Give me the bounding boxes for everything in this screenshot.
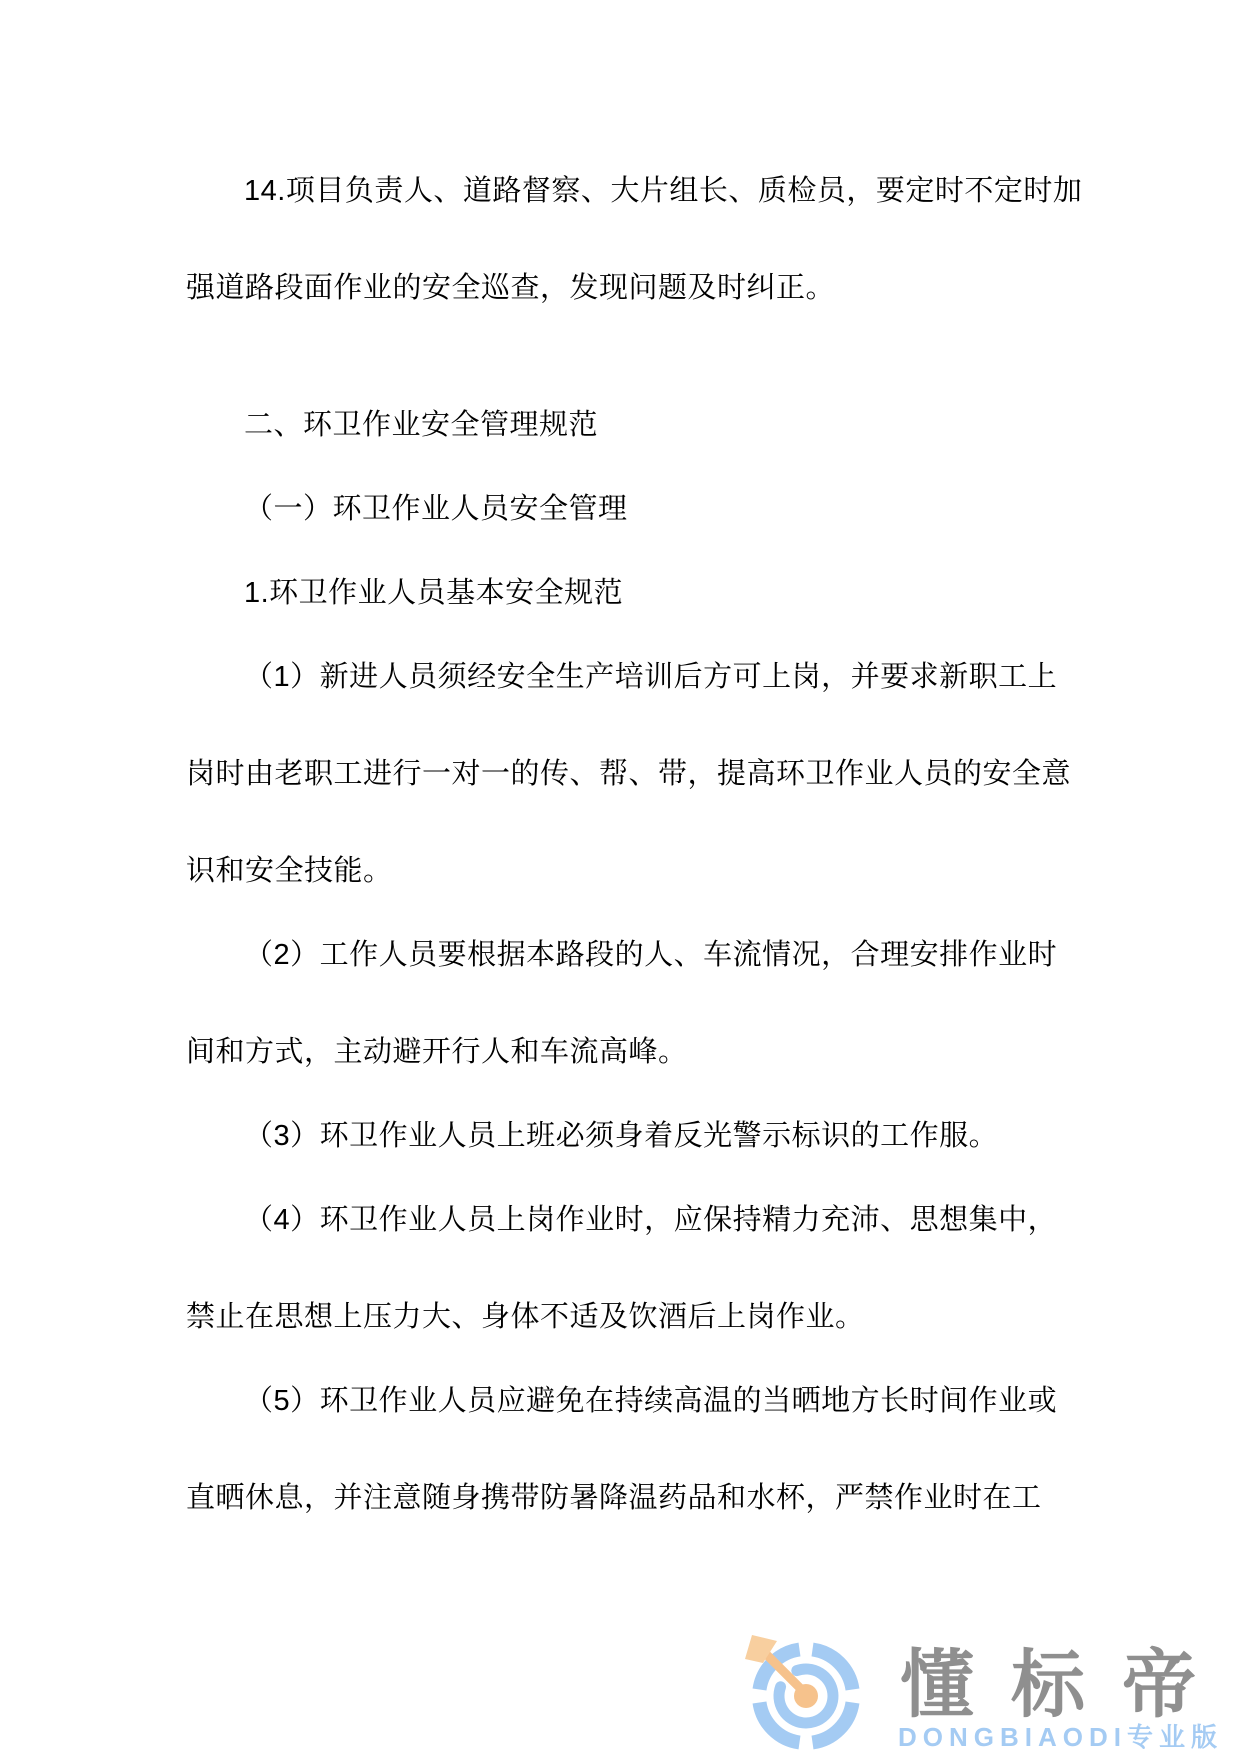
- paragraph: （4）环卫作业人员上岗作业时，应保持精力充沛、思想集中， 禁止在思想上压力大、身…: [186, 1172, 1086, 1366]
- text-line: （3）环卫作业人员上班必须身着反光警示标识的工作服。: [186, 1088, 1086, 1185]
- document-page: { "page": { "background": "#ffffff", "te…: [0, 0, 1241, 1754]
- brand-subtitle: DONGBIAODI专业版: [898, 1724, 1223, 1750]
- brand-name: 懂标帝: [900, 1648, 1233, 1722]
- text-line: 识和安全技能。: [186, 823, 1086, 920]
- paragraph: （2）工作人员要根据本路段的人、车流情况，合理安排作业时 间和方式，主动避开行人…: [186, 907, 1086, 1101]
- text-line: 直晒休息，并注意随身携带防暑降温药品和水杯，严禁作业时在工: [186, 1450, 1086, 1547]
- text-line: （1）新进人员须经安全生产培训后方可上岗，并要求新职工上: [186, 629, 1086, 726]
- paragraph: （1）新进人员须经安全生产培训后方可上岗，并要求新职工上 岗时由老职工进行一对一…: [186, 629, 1086, 920]
- subsection-heading: 1.环卫作业人员基本安全规范: [186, 545, 1086, 642]
- text-line: （一）环卫作业人员安全管理: [186, 461, 1086, 558]
- text-line: （5）环卫作业人员应避免在持续高温的当晒地方长时间作业或: [186, 1353, 1086, 1450]
- text-line: 14.项目负责人、道路督察、大片组长、质检员，要定时不定时加: [186, 143, 1086, 240]
- text-line: 间和方式，主动避开行人和车流高峰。: [186, 1004, 1086, 1101]
- text-line: 1.环卫作业人员基本安全规范: [186, 545, 1086, 642]
- brand-watermark: 懂标帝 DONGBIAODI专业版: [742, 1630, 1241, 1754]
- text-line: 强道路段面作业的安全巡查，发现问题及时纠正。: [186, 240, 1086, 337]
- section-heading: 二、环卫作业安全管理规范: [186, 377, 1086, 474]
- paragraph: （5）环卫作业人员应避免在持续高温的当晒地方长时间作业或 直晒休息，并注意随身携…: [186, 1353, 1086, 1547]
- text-line: （2）工作人员要根据本路段的人、车流情况，合理安排作业时: [186, 907, 1086, 1004]
- document-body: 14.项目负责人、道路督察、大片组长、质检员，要定时不定时加 强道路段面作业的安…: [186, 143, 1086, 1547]
- text-line: 岗时由老职工进行一对一的传、帮、带，提高环卫作业人员的安全意: [186, 726, 1086, 823]
- subsection-heading: （一）环卫作业人员安全管理: [186, 461, 1086, 558]
- paragraph: 14.项目负责人、道路督察、大片组长、质检员，要定时不定时加 强道路段面作业的安…: [186, 143, 1086, 337]
- target-dart-icon: [742, 1632, 866, 1754]
- text-line: （4）环卫作业人员上岗作业时，应保持精力充沛、思想集中，: [186, 1172, 1086, 1269]
- text-line: 二、环卫作业安全管理规范: [186, 377, 1086, 474]
- paragraph: （3）环卫作业人员上班必须身着反光警示标识的工作服。: [186, 1088, 1086, 1185]
- text-line: 禁止在思想上压力大、身体不适及饮酒后上岗作业。: [186, 1269, 1086, 1366]
